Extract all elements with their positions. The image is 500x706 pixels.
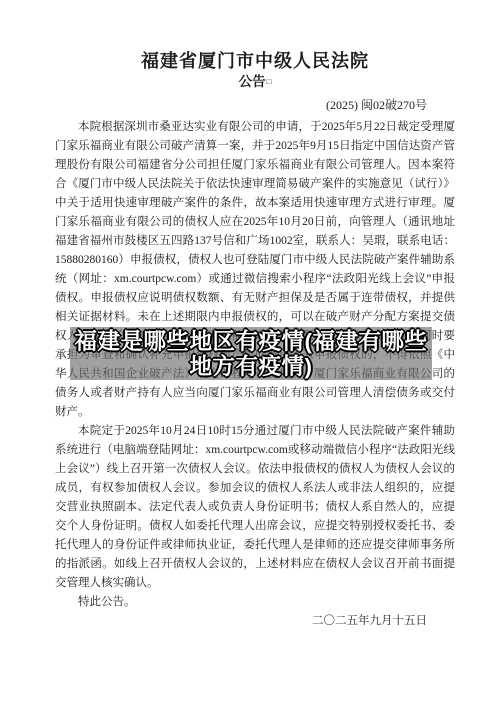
case-number: (2025) 闽02破270号	[55, 97, 455, 113]
court-title: 福建省厦门市中级人民法院	[55, 50, 455, 72]
headline-line-1: 福建是哪些地区有疫情(福建有哪些	[75, 329, 428, 354]
document-page: 福建省厦门市中级人民法院 公告□ (2025) 闽02破270号 本院根据深圳市…	[0, 0, 500, 706]
court-announcement-document: 福建省厦门市中级人民法院 公告□ (2025) 闽02破270号 本院根据深圳市…	[55, 0, 455, 631]
headline-overlay-band: 福建是哪些地区有疫情(福建有哪些 地方有疫情)	[70, 327, 432, 380]
paragraph-creditors-meeting: 本院定于2025年10月24日10时15分通过厦门市中级人民法院破产案件辅助系统…	[55, 422, 455, 593]
headline-line-2: 地方有疫情)	[190, 354, 313, 379]
announcement-date: 二〇二五年九月十五日	[55, 612, 455, 631]
missing-glyph-box: □	[267, 74, 272, 90]
paragraph-closing: 特此公告。	[55, 593, 455, 612]
notice-title-text: 公告	[239, 74, 266, 89]
notice-title: 公告□	[55, 74, 455, 90]
